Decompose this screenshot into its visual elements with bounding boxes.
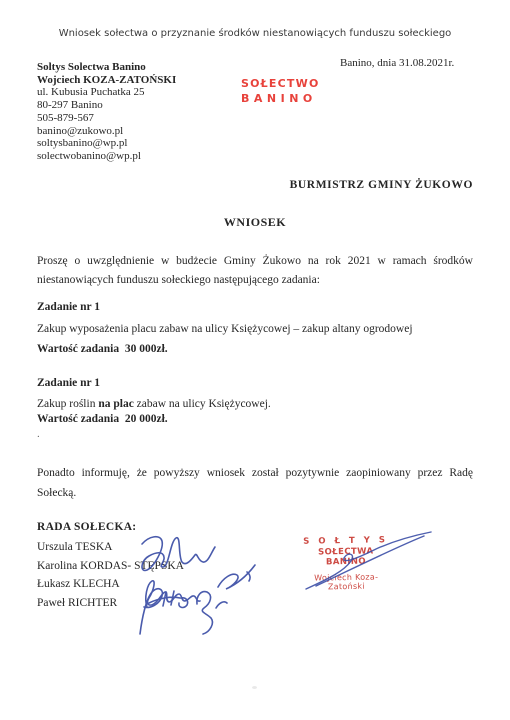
logo-line-1: SOŁECTWO: [241, 76, 320, 91]
closing-paragraph: Ponadto informuję, że powyższy wniosek z…: [37, 464, 473, 503]
solectwo-banino-logo: SOŁECTWO BANINO: [241, 76, 320, 106]
recipient-title: BURMISTRZ GMINY ŻUKOWO: [290, 179, 473, 191]
sender-email-2: soltysbanino@wp.pl: [37, 137, 176, 150]
council-member: Łukasz KLECHA: [37, 575, 184, 594]
council-member: Paweł RICHTER: [37, 594, 184, 613]
council-member: Urszula TESKA: [37, 538, 184, 557]
task-2-desc-bold: na plac: [98, 398, 133, 410]
scan-artifact-dot: [252, 686, 257, 689]
council-member-list: Urszula TESKA Karolina KORDAS- STĘPSKA Ł…: [37, 538, 184, 613]
sender-phone: 505-879-567: [37, 112, 176, 125]
sender-city: 80-297 Banino: [37, 99, 176, 112]
stamp-line-3: Wojciech Koza-Zatoński: [300, 572, 392, 592]
sender-street: ul. Kubusia Puchatka 25: [37, 86, 176, 99]
stamp-line-1: S O Ł T Y S: [300, 535, 392, 547]
task-2-desc-post: zabaw na ulicy Księżycowej.: [134, 398, 271, 410]
task-1-title: Zadanie nr 1: [37, 301, 100, 313]
council-block: RADA SOŁECKA: Urszula TESKA Karolina KOR…: [37, 521, 184, 613]
task-2-title: Zadanie nr 1: [37, 377, 100, 389]
sender-email-3: solectwobanino@wp.pl: [37, 150, 176, 163]
sender-name-line1: Soltys Solectwa Banino: [37, 61, 176, 74]
task-2-description: Zakup roślin na plac zabaw na ulicy Księ…: [37, 398, 271, 410]
document-header-title: Wniosek sołectwa o przyznanie środków ni…: [0, 28, 510, 39]
document-page: Wniosek sołectwa o przyznanie środków ni…: [0, 0, 510, 720]
task-1-value: Wartość zadania 30 000zł.: [37, 343, 168, 355]
stamp-line-2: SOŁECTWA BANINO: [300, 546, 392, 568]
intro-paragraph: Proszę o uwzględnienie w budżecie Gminy …: [37, 252, 473, 289]
council-heading: RADA SOŁECKA:: [37, 521, 184, 533]
sender-email-1: banino@zukowo.pl: [37, 125, 176, 138]
logo-line-2: BANINO: [241, 91, 320, 106]
document-heading: WNIOSEK: [0, 215, 510, 230]
date-line: Banino, dnia 31.08.2021r.: [340, 57, 454, 69]
council-member: Karolina KORDAS- STĘPSKA: [37, 557, 184, 576]
task-1-description: Zakup wyposażenia placu zabaw na ulicy K…: [37, 323, 413, 335]
stray-period-mark: .: [37, 428, 40, 440]
soltys-stamp: S O Ł T Y S SOŁECTWA BANINO Wojciech Koz…: [300, 535, 393, 592]
task-2-value: Wartość zadania 20 000zł.: [37, 413, 168, 425]
task-1-desc-pre: Zakup wyposażenia placu zabaw na ulicy K…: [37, 323, 413, 335]
sender-block: Soltys Solectwa Banino Wojciech KOZA-ZAT…: [37, 61, 176, 163]
task-2-desc-pre: Zakup roślin: [37, 398, 98, 410]
signature-kordas-stepska: [218, 565, 255, 589]
sender-name-line2: Wojciech KOZA-ZATOŃSKI: [37, 74, 176, 87]
